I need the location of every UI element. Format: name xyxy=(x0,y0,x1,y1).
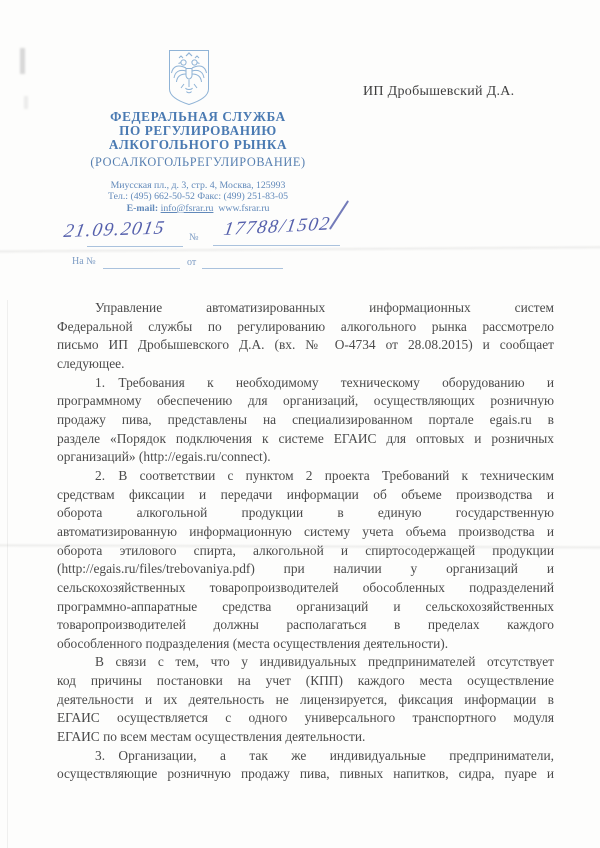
body-line: следующее. xyxy=(57,355,554,374)
contact-block: Миусская пл., д. 3, стр. 4, Москва, 1259… xyxy=(70,180,326,214)
body-line: ЕГАИС по всем местам осуществления деяте… xyxy=(57,728,554,747)
org-name: ФЕДЕРАЛЬНАЯ СЛУЖБА ПО РЕГУЛИРОВАНИЮ АЛКО… xyxy=(70,110,326,153)
org-email-web: E-mail: info@fsrar.ru www.fsrar.ru xyxy=(70,203,326,214)
handwritten-number: 17788/1502 xyxy=(222,213,332,241)
org-phone-fax: Тел.: (495) 662-50-52 Факс: (499) 251-83… xyxy=(70,191,326,202)
reply-number-underline xyxy=(103,268,180,269)
body-line: осуществляющие розничную продажу пива, п… xyxy=(57,765,554,784)
number-label: № xyxy=(189,232,199,243)
date-underline xyxy=(87,246,183,247)
number-underline xyxy=(213,245,340,246)
reply-from-label: от xyxy=(187,257,196,268)
staple-mark xyxy=(24,96,28,109)
org-short-name: (РОСАЛКОГОЛЬРЕГУЛИРОВАНИЕ) xyxy=(62,155,334,170)
body-line: 1. Требования к необходимому техническом… xyxy=(57,374,554,393)
email-label: E-mail: xyxy=(127,203,159,214)
email-address: info@fsrar.ru xyxy=(161,203,214,214)
body-line: 2. В соответствии с пунктом 2 проекта Тр… xyxy=(57,467,554,486)
body-line: ЕГАИС осуществляется с одного универсаль… xyxy=(57,709,554,728)
body-line: автоматизированную информационную систем… xyxy=(57,523,554,542)
body-line: средствам фиксации и передачи информации… xyxy=(57,486,554,505)
org-name-line: ФЕДЕРАЛЬНАЯ СЛУЖБА xyxy=(70,110,326,124)
scan-edge xyxy=(7,300,8,848)
org-address: Миусская пл., д. 3, стр. 4, Москва, 1259… xyxy=(70,180,326,191)
body-line: программно-аппаратные средства организац… xyxy=(57,598,554,617)
body-line: продажу пива, представлены на специализи… xyxy=(57,411,554,430)
body-line: разделе «Порядок подключения к системе Е… xyxy=(57,430,554,449)
body-line: письмо ИП Дробышевского Д.А. (вх. № О-47… xyxy=(57,336,554,355)
body-line: деятельности и их деятельность не лиценз… xyxy=(57,691,554,710)
double-headed-eagle-icon xyxy=(166,48,212,106)
body-line: Управление автоматизированных информацио… xyxy=(57,299,554,318)
body-line: В связи с тем, что у индивидуальных пред… xyxy=(57,653,554,672)
body-line: оборота алкогольной продукции в единую г… xyxy=(57,504,554,523)
body-line: Федеральной службы по регулированию алко… xyxy=(57,318,554,337)
org-name-line: АЛКОГОЛЬНОГО РЫНКА xyxy=(70,138,326,152)
body-line: программному обеспечению для организаций… xyxy=(57,392,554,411)
handwritten-date: 21.09.2015 xyxy=(62,218,167,243)
reply-number-label: На № xyxy=(72,256,96,267)
coat-of-arms-emblem xyxy=(166,48,212,106)
body-line: 3. Организации, а так же индивидуальные … xyxy=(57,747,554,766)
org-name-line: ПО РЕГУЛИРОВАНИЮ xyxy=(70,124,326,138)
body-line: товаропроизводителей должны располагатьс… xyxy=(57,616,554,635)
letter-body: Управление автоматизированных информацио… xyxy=(57,299,554,784)
body-line: сельскохозяйственных товаропроизводителе… xyxy=(57,579,554,598)
body-line: код причины постановки на учет (КПП) каж… xyxy=(57,672,554,691)
body-line: (http://egais.ru/files/trebovaniya.pdf) … xyxy=(57,560,554,579)
staple-mark xyxy=(20,48,25,74)
reply-date-underline xyxy=(202,268,283,269)
body-line: организаций» (http://egais.ru/connect). xyxy=(57,448,554,467)
website: www.fsrar.ru xyxy=(218,203,269,214)
addressee: ИП Дробышевский Д.А. xyxy=(363,84,514,100)
body-line: обособленного подразделения (места осуще… xyxy=(57,635,554,654)
body-line: оборота этилового спирта, алкогольной и … xyxy=(57,542,554,561)
